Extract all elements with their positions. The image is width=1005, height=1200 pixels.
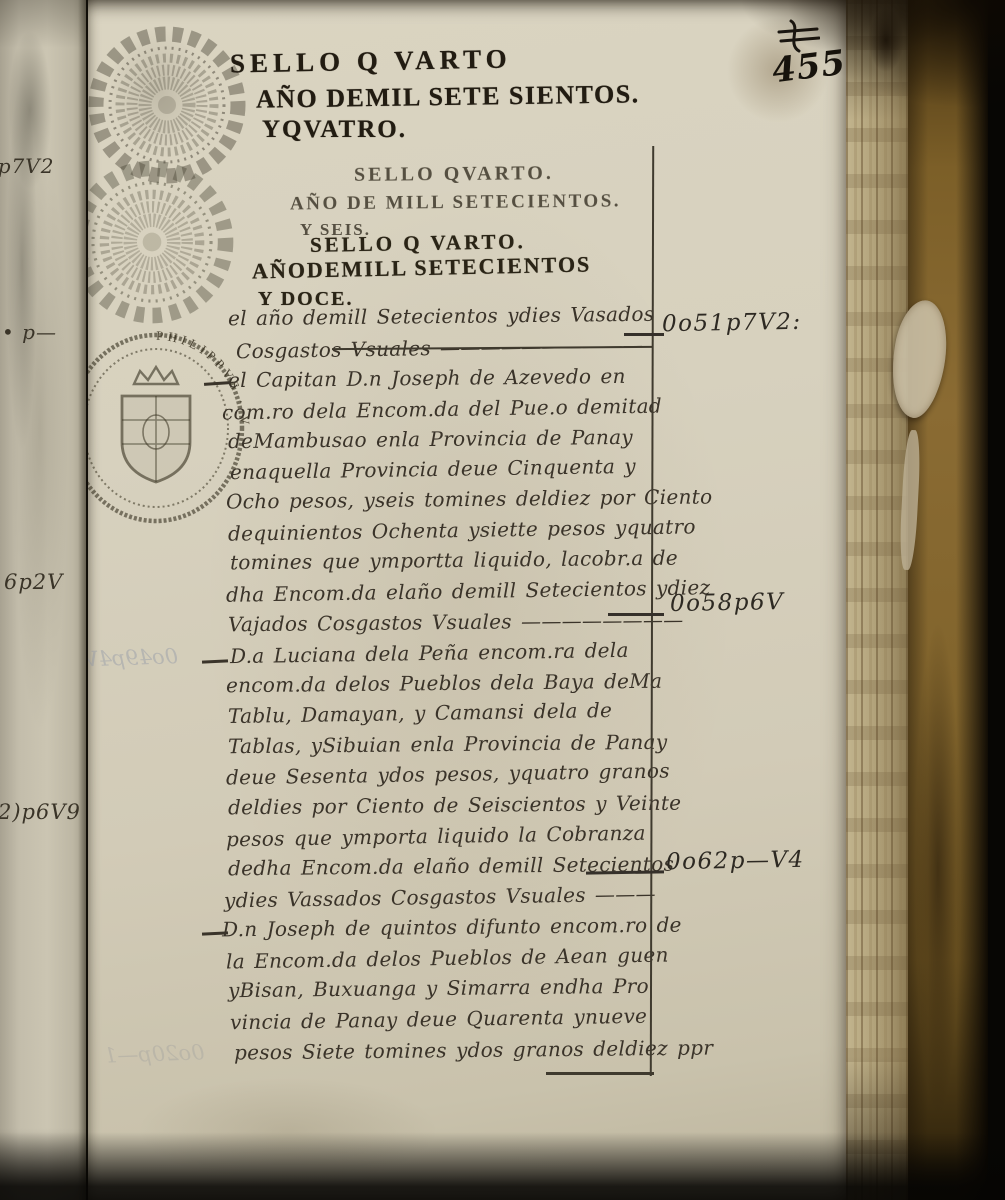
manuscript-line: enaquella Provincia deue Cinquenta y — [230, 456, 636, 482]
stamp1-line2: AÑO DEMIL SETE SIENTOS. — [256, 79, 640, 114]
manuscript-line: vincia de Panay deue Quarenta ynueve — [230, 1006, 648, 1033]
manuscript-line: Tablas, ySibuian enla Provincia de Panay — [228, 732, 668, 757]
bottom-closing-rule — [546, 1072, 654, 1075]
folio-number: 455 — [770, 46, 846, 89]
margin-amount-3: 0o62p—V4 — [666, 849, 805, 874]
rosette-seal-stamp-middle — [88, 156, 238, 328]
ink-show-through: 0o20p—1 — [104, 1042, 205, 1066]
stamp2-line2: AÑO DE MILL SETECIENTOS. — [290, 191, 621, 216]
manuscript-line: Tablu, Damayan, y Camansi dela de — [228, 700, 612, 726]
manuscript-line: pesos que ymporta liquido la Cobranza — [226, 823, 646, 850]
edge-note-3: 6p2V — [4, 572, 63, 593]
manuscript-line: D.a Luciana dela Peña encom.ra dela — [230, 640, 629, 666]
previous-page-edge: 6p7V2 • p— 6p2V 2)p6V9 — [0, 0, 86, 1200]
ink-show-through: 0o49p4V4 — [88, 646, 178, 671]
manuscript-line: D.n Joseph de quintos difunto encom.ro d… — [222, 915, 682, 940]
entry-dash — [202, 659, 228, 663]
edge-note-2: • p— — [2, 322, 57, 342]
stamp3-line2: AÑODEMILL SETECIENTOS — [252, 251, 592, 284]
manuscript-line: yBisan, Buxuanga y Simarra endha Pro — [228, 976, 649, 1000]
margin-amount-2: 0o58p6V — [670, 591, 785, 616]
manuscript-line: Ocho pesos, yseis tomines deldiez por Ci… — [226, 486, 713, 511]
stamp2-line1: SELLO QVARTO. — [354, 162, 554, 187]
manuscript-photo: 6p7V2 • p— 6p2V 2)p6V9 — [0, 0, 1005, 1200]
edge-note-1: 6p7V2 — [0, 156, 54, 176]
manuscript-line: el año demill Setecientos ydies Vasados — [228, 304, 655, 328]
stamp1-line3: YQVATRO. — [262, 116, 407, 144]
book-cover-edge — [908, 0, 988, 1200]
manuscript-line: dedha Encom.da elaño demill Setecientos — [228, 854, 674, 879]
edge-note-4: 2)p6V9 — [0, 802, 81, 823]
manuscript-page: PHILIPPVS · V · D · G SELLO Q VARTO AÑO … — [88, 0, 846, 1200]
manuscript-line: deldies por Ciento de Seiscientos y Vein… — [228, 793, 682, 818]
manuscript-line: ydies Vassados Cosgastos Vsuales ——— — [224, 884, 656, 911]
manuscript-line: pesos Siete tomines ydos granos deldiez … — [234, 1037, 713, 1062]
stamp1-line1: SELLO Q VARTO — [230, 44, 512, 80]
manuscript-line: deMambusao enla Provincia de Panay — [228, 427, 633, 451]
manuscript-line: la Encom.da delos Pueblos de Aean guen — [226, 945, 669, 972]
manuscript-line: com.ro dela Encom.da del Pue.o demitad — [222, 396, 662, 423]
manuscript-line: encom.da delos Pueblos dela Baya deMa — [226, 671, 662, 696]
margin-amount-1: 0o51p7V2: — [662, 311, 802, 336]
amount-leader — [608, 613, 664, 616]
manuscript-line: el Capitan D.n Joseph de Azevedo en — [228, 366, 626, 390]
manuscript-line: dequinientos Ochenta ysiette pesos yquat… — [228, 516, 696, 543]
manuscript-line: tomines que ymportta liquido, lacobr.a d… — [230, 548, 678, 573]
manuscript-line: deue Sesenta ydos pesos, yquatro granos — [226, 761, 670, 788]
book-fore-edge — [846, 0, 908, 1200]
amount-leader — [624, 333, 664, 336]
manuscript-line: dha Encom.da elaño demill Setecientos yd… — [226, 577, 711, 605]
